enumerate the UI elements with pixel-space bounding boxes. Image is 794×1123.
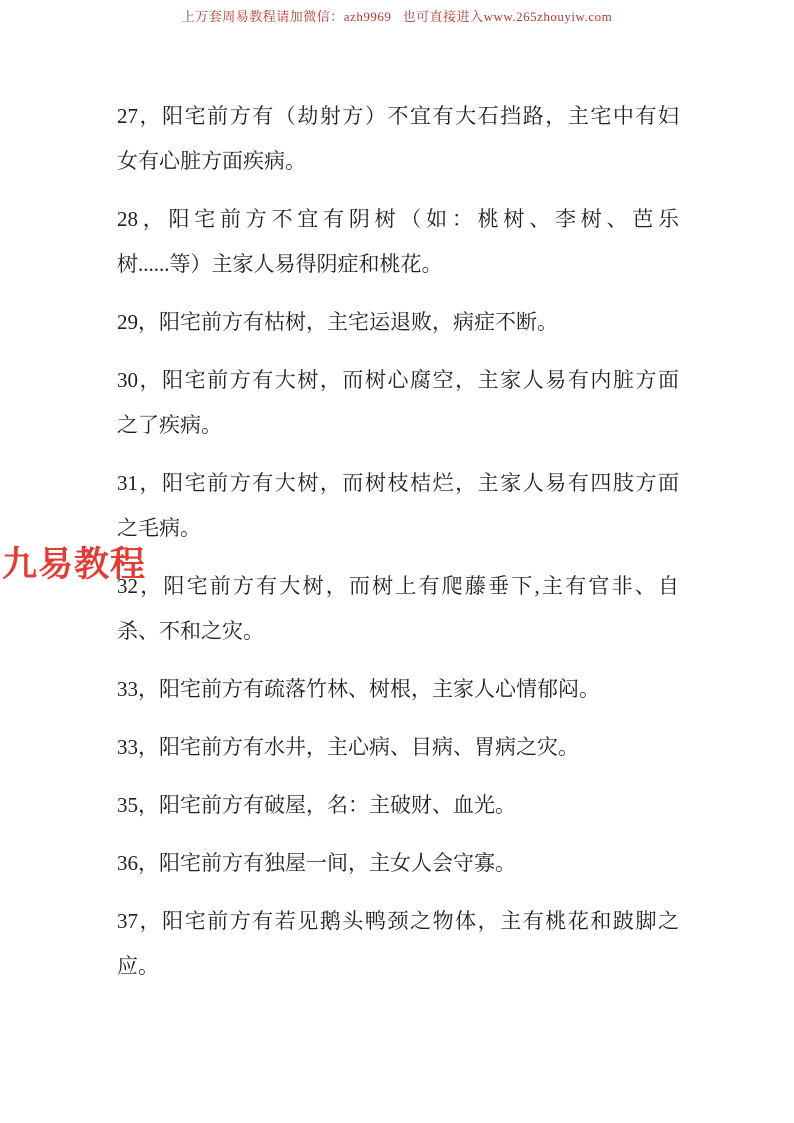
text-line: 33，阳宅前方有水井，主心病、目病、胃病之灾。 (117, 725, 679, 770)
document-page: 上万套周易教程请加微信：azh9969 也可直接进入www.265zhouyiw… (0, 0, 794, 1123)
text-line: 36，阳宅前方有独屋一间，主女人会守寡。 (117, 841, 679, 886)
text-line: 33，阳宅前方有疏落竹林、树根，主家人心情郁闷。 (117, 667, 679, 712)
document-body: 27，阳宅前方有（劫射方）不宜有大石挡路，主宅中有妇 女有心脏方面疾病。 28，… (117, 94, 679, 1002)
text-line: 32，阳宅前方有大树，而树上有爬藤垂下,主有官非、自 (117, 564, 679, 609)
paragraph-item-36: 36，阳宅前方有独屋一间，主女人会守寡。 (117, 841, 679, 886)
text-line: 28，阳宅前方不宜有阴树（如：桃树、李树、芭乐 (117, 197, 679, 242)
text-line: 35，阳宅前方有破屋，名：主破财、血光。 (117, 783, 679, 828)
text-line: 杀、不和之灾。 (117, 609, 679, 654)
header-promo-notice: 上万套周易教程请加微信：azh9969 也可直接进入www.265zhouyiw… (0, 6, 794, 25)
paragraph-item-35: 35，阳宅前方有破屋，名：主破财、血光。 (117, 783, 679, 828)
text-line: 30，阳宅前方有大树，而树心腐空，主家人易有内脏方面 (117, 358, 679, 403)
paragraph-item-30: 30，阳宅前方有大树，而树心腐空，主家人易有内脏方面 之了疾病。 (117, 358, 679, 448)
text-line: 应。 (117, 944, 679, 989)
paragraph-item-33b: 33，阳宅前方有水井，主心病、目病、胃病之灾。 (117, 725, 679, 770)
text-line: 之了疾病。 (117, 403, 679, 448)
text-line: 之毛病。 (117, 506, 679, 551)
paragraph-item-37: 37，阳宅前方有若见鹅头鸭颈之物体，主有桃花和跛脚之 应。 (117, 899, 679, 989)
paragraph-item-27: 27，阳宅前方有（劫射方）不宜有大石挡路，主宅中有妇 女有心脏方面疾病。 (117, 94, 679, 184)
watermark-logo: 九易教程 (2, 546, 146, 584)
text-line: 树......等）主家人易得阴症和桃花。 (117, 242, 679, 287)
paragraph-item-33a: 33，阳宅前方有疏落竹林、树根，主家人心情郁闷。 (117, 667, 679, 712)
paragraph-item-32: 32，阳宅前方有大树，而树上有爬藤垂下,主有官非、自 杀、不和之灾。 (117, 564, 679, 654)
text-line: 27，阳宅前方有（劫射方）不宜有大石挡路，主宅中有妇 (117, 94, 679, 139)
text-line: 29，阳宅前方有枯树，主宅运退败，病症不断。 (117, 300, 679, 345)
paragraph-item-29: 29，阳宅前方有枯树，主宅运退败，病症不断。 (117, 300, 679, 345)
paragraph-item-28: 28，阳宅前方不宜有阴树（如：桃树、李树、芭乐 树......等）主家人易得阴症… (117, 197, 679, 287)
text-line: 37，阳宅前方有若见鹅头鸭颈之物体，主有桃花和跛脚之 (117, 899, 679, 944)
text-line: 31，阳宅前方有大树，而树枝桔烂，主家人易有四肢方面 (117, 461, 679, 506)
text-line: 女有心脏方面疾病。 (117, 139, 679, 184)
paragraph-item-31: 31，阳宅前方有大树，而树枝桔烂，主家人易有四肢方面 之毛病。 (117, 461, 679, 551)
